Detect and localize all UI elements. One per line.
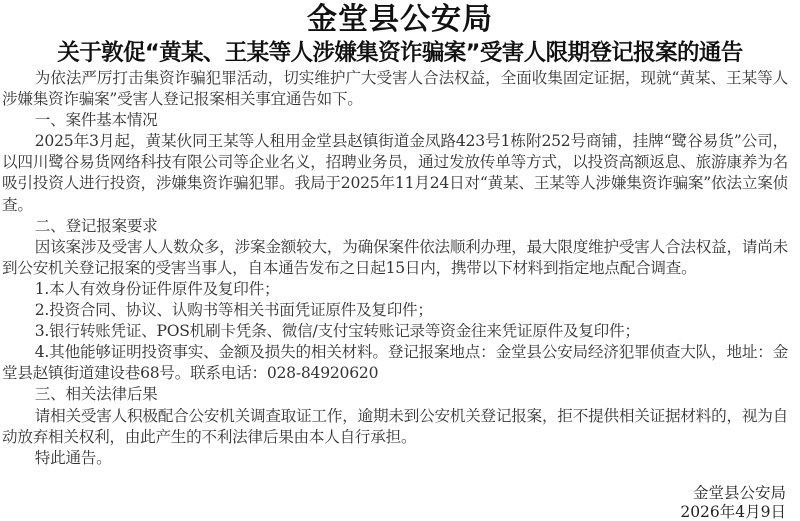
closing-line: 特此通告。 — [2, 448, 788, 469]
registration-paragraph: 因该案涉及受害人人数众多，涉案金额较大，为确保案件依法顺利办理，最大限度维护受害… — [2, 237, 788, 279]
material-item: 3.银行转账凭证、POS机刷卡凭条、微信/支付宝转账记录等资金往来凭证原件及复印… — [2, 321, 788, 342]
material-item: 4.其他能够证明投资事实、金额及损失的相关材料。登记报案地点：金堂县公安局经济犯… — [2, 342, 788, 384]
section-heading-legal-consequences: 三、相关法律后果 — [2, 384, 788, 405]
notice-subtitle: 关于敦促“黄某、王某等人涉嫌集资诈骗案”受害人限期登记报案的通告 — [0, 40, 800, 66]
material-item: 1.本人有效身份证件原件及复印件； — [2, 279, 788, 300]
signature-date: 2026年4月9日 — [586, 500, 786, 521]
material-item: 2.投资合同、协议、认购书等相关书面凭证原件及复印件； — [2, 300, 788, 321]
case-info-paragraph: 2025年3月起，黄某伙同王某等人租用金堂县赵镇街道金凤路423号1栋附252号… — [2, 131, 788, 215]
notice-body: 为依法严厉打击集资诈骗犯罪活动，切实维护广大受害人合法权益，全面收集固定证据，现… — [2, 68, 788, 469]
section-heading-registration: 二、登记报案要求 — [2, 216, 788, 237]
issuer-title: 金堂县公安局 — [0, 2, 800, 38]
section-heading-case-info: 一、案件基本情况 — [2, 110, 788, 131]
intro-paragraph: 为依法严厉打击集资诈骗犯罪活动，切实维护广大受害人合法权益，全面收集固定证据，现… — [2, 68, 788, 110]
legal-consequences-paragraph: 请相关受害人积极配合公安机关调查取证工作，逾期未到公安机关登记报案，拒不提供相关… — [2, 406, 788, 448]
